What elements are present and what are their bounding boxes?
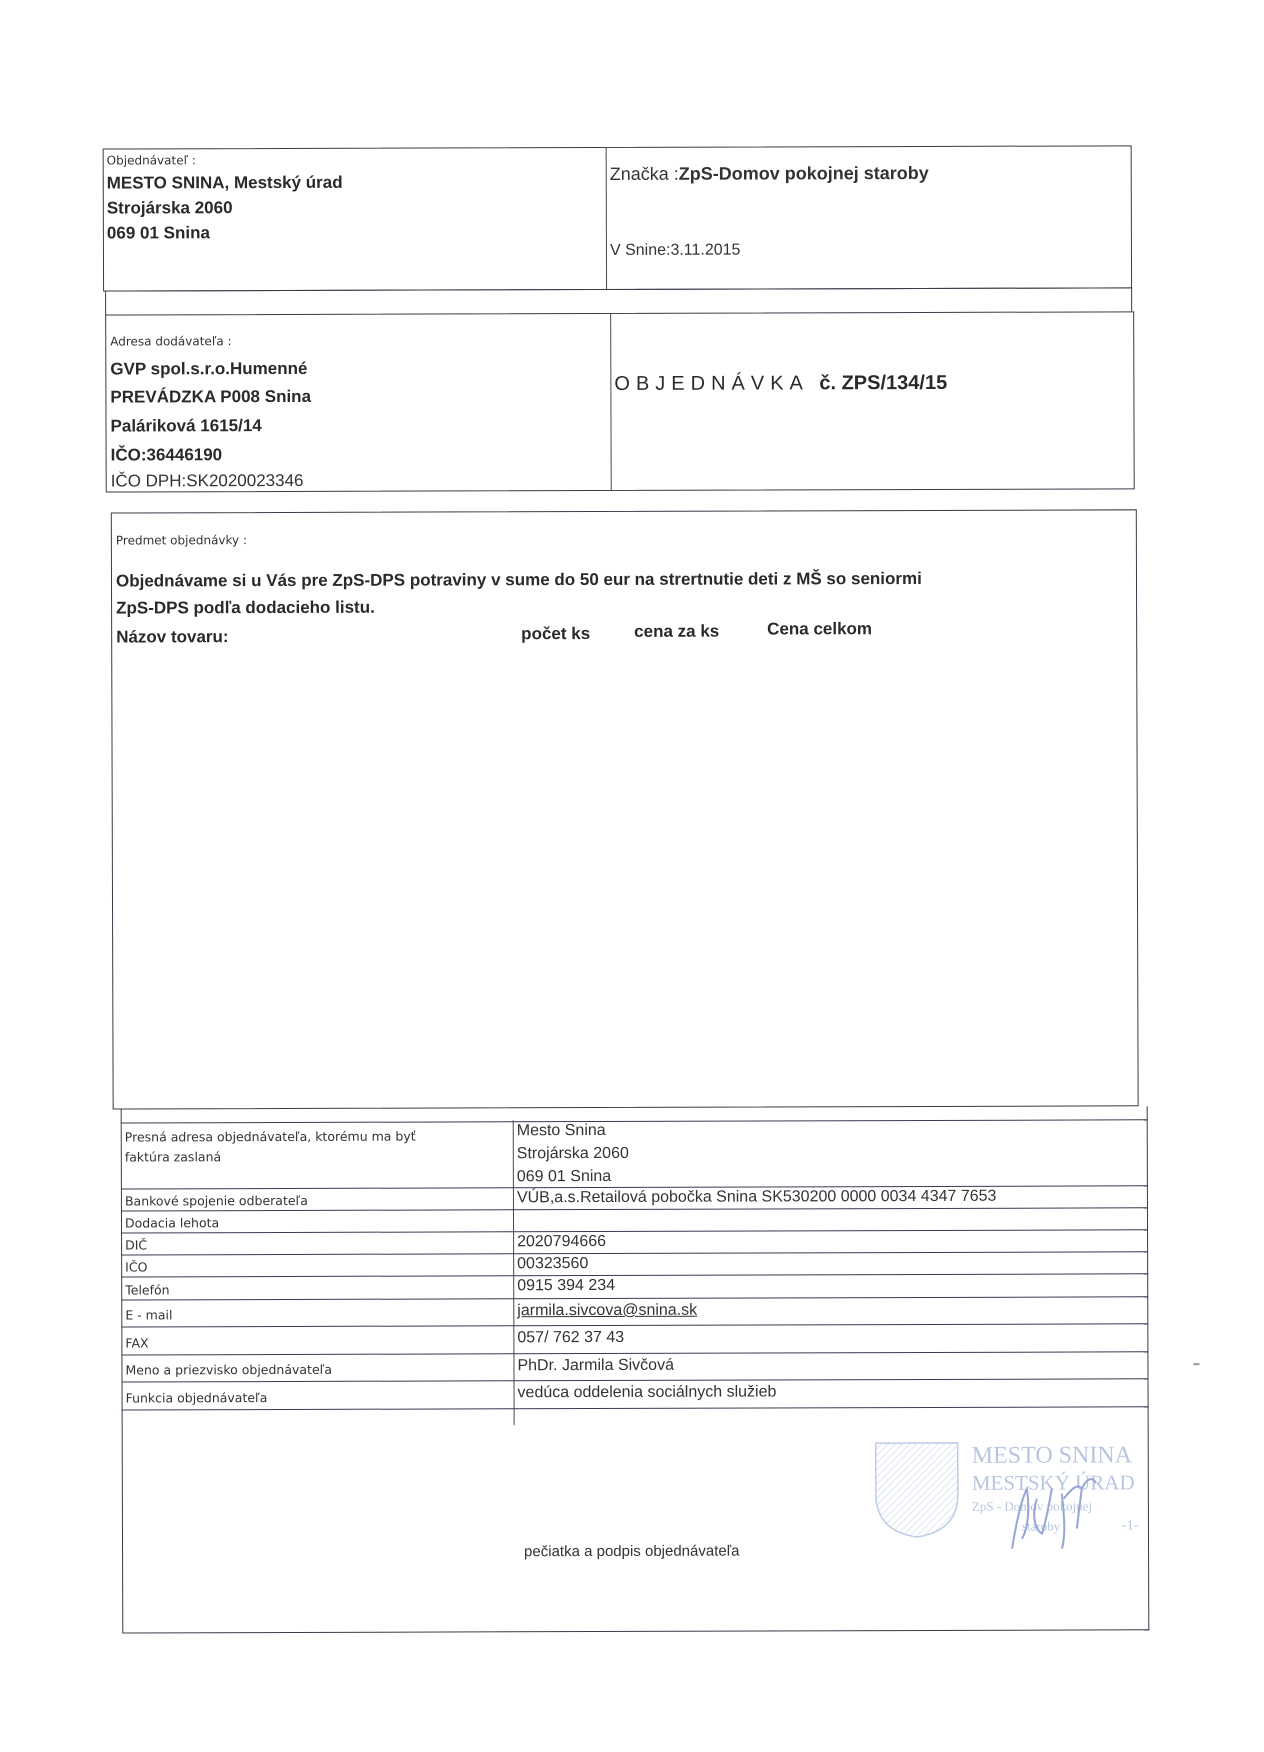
- reference-label: Značka :: [610, 164, 679, 184]
- ico-label: IČO: [125, 1259, 147, 1274]
- order-number: č. ZPS/134/15: [819, 372, 947, 394]
- supplier-vat: IČO DPH:SK2020023346: [111, 471, 304, 492]
- supplier-street: Paláriková 1615/14: [110, 416, 261, 436]
- phone-value: 0915 394 234: [517, 1277, 615, 1295]
- name-value: PhDr. Jarmila Sivčová: [517, 1357, 674, 1375]
- order-form-page: Objednávateľ : MESTO SNINA, Mestský úrad…: [0, 0, 1264, 1752]
- invoice-address-label-cont: faktúra zaslaná: [125, 1149, 221, 1164]
- orderer-name: MESTO SNINA, Mestský úrad: [107, 173, 343, 194]
- supplier-name: GVP spol.s.r.o.Humenné: [110, 359, 307, 380]
- coat-of-arms-icon: [872, 1439, 962, 1539]
- signature-scribble: [992, 1458, 1112, 1558]
- bank-label: Bankové spojenie odberateľa: [125, 1193, 308, 1209]
- invoice-address-label: Presná adresa objednávateľa, ktorému ma …: [125, 1129, 416, 1145]
- invoice-address-line3: 069 01 Snina: [517, 1168, 611, 1186]
- stamp-signature-caption: pečiatka a podpis objednávateľa: [524, 1543, 739, 1561]
- name-label: Meno a priezvisko objednávateľa: [125, 1362, 332, 1378]
- column-header-total: Cena celkom: [767, 619, 872, 639]
- column-header-item-name: Názov tovaru:: [116, 627, 228, 647]
- supplier-branch: PREVÁDZKA P008 Snina: [110, 387, 311, 408]
- subject-text-line2: ZpS-DPS podľa dodacieho listu.: [116, 598, 375, 619]
- fax-value: 057/ 762 37 43: [517, 1329, 624, 1347]
- order-title-word: OBJEDNÁVKA: [614, 372, 807, 395]
- subject-text-line1: Objednávame si u Vás pre ZpS-DPS potravi…: [116, 569, 922, 592]
- fax-label: FAX: [125, 1335, 148, 1350]
- column-header-unit-price: cena za ks: [634, 622, 719, 642]
- supplier-ico: IČO:36446190: [111, 445, 223, 465]
- orderer-street: Strojárska 2060: [107, 198, 233, 218]
- spacer-row: [105, 287, 1132, 314]
- dic-value: 2020794666: [517, 1233, 606, 1251]
- email-link[interactable]: jarmila.sivcova@snina.sk: [517, 1302, 697, 1321]
- phone-label: Telefón: [125, 1282, 169, 1297]
- orderer-label: Objednávateľ :: [107, 153, 196, 167]
- official-stamp: MESTO SNINA MESTSKÝ ÚRAD ZpS - Domov pok…: [872, 1438, 1172, 1549]
- place-date: V Snine:3.11.2015: [610, 242, 741, 260]
- supplier-label: Adresa dodávateľa :: [110, 334, 231, 348]
- reference-value: ZpS-Domov pokojnej staroby: [679, 163, 929, 184]
- dic-label: DIČ: [125, 1237, 147, 1252]
- order-title: OBJEDNÁVKA č. ZPS/134/15: [614, 372, 947, 396]
- subject-label: Predmet objednávky :: [116, 533, 247, 547]
- ico-value: 00323560: [517, 1255, 588, 1273]
- scan-artifact: [1193, 1363, 1199, 1365]
- column-header-quantity: počet ks: [521, 624, 590, 644]
- invoice-address-line1: Mesto Snina: [517, 1122, 606, 1140]
- email-label: E - mail: [125, 1307, 172, 1322]
- stamp-line-5: -1-: [1122, 1518, 1138, 1534]
- function-label: Funkcia objednávateľa: [126, 1390, 268, 1405]
- bank-value: VÚB,a.s.Retailová pobočka Snina SK530200…: [517, 1188, 997, 1208]
- invoice-address-line2: Strojárska 2060: [517, 1145, 629, 1163]
- delivery-term-label: Dodacia lehota: [125, 1215, 219, 1230]
- reference-line: Značka :ZpS-Domov pokojnej staroby: [610, 163, 929, 185]
- function-value: vedúca oddelenia sociálnych služieb: [518, 1383, 777, 1402]
- orderer-city: 069 01 Snina: [107, 223, 210, 243]
